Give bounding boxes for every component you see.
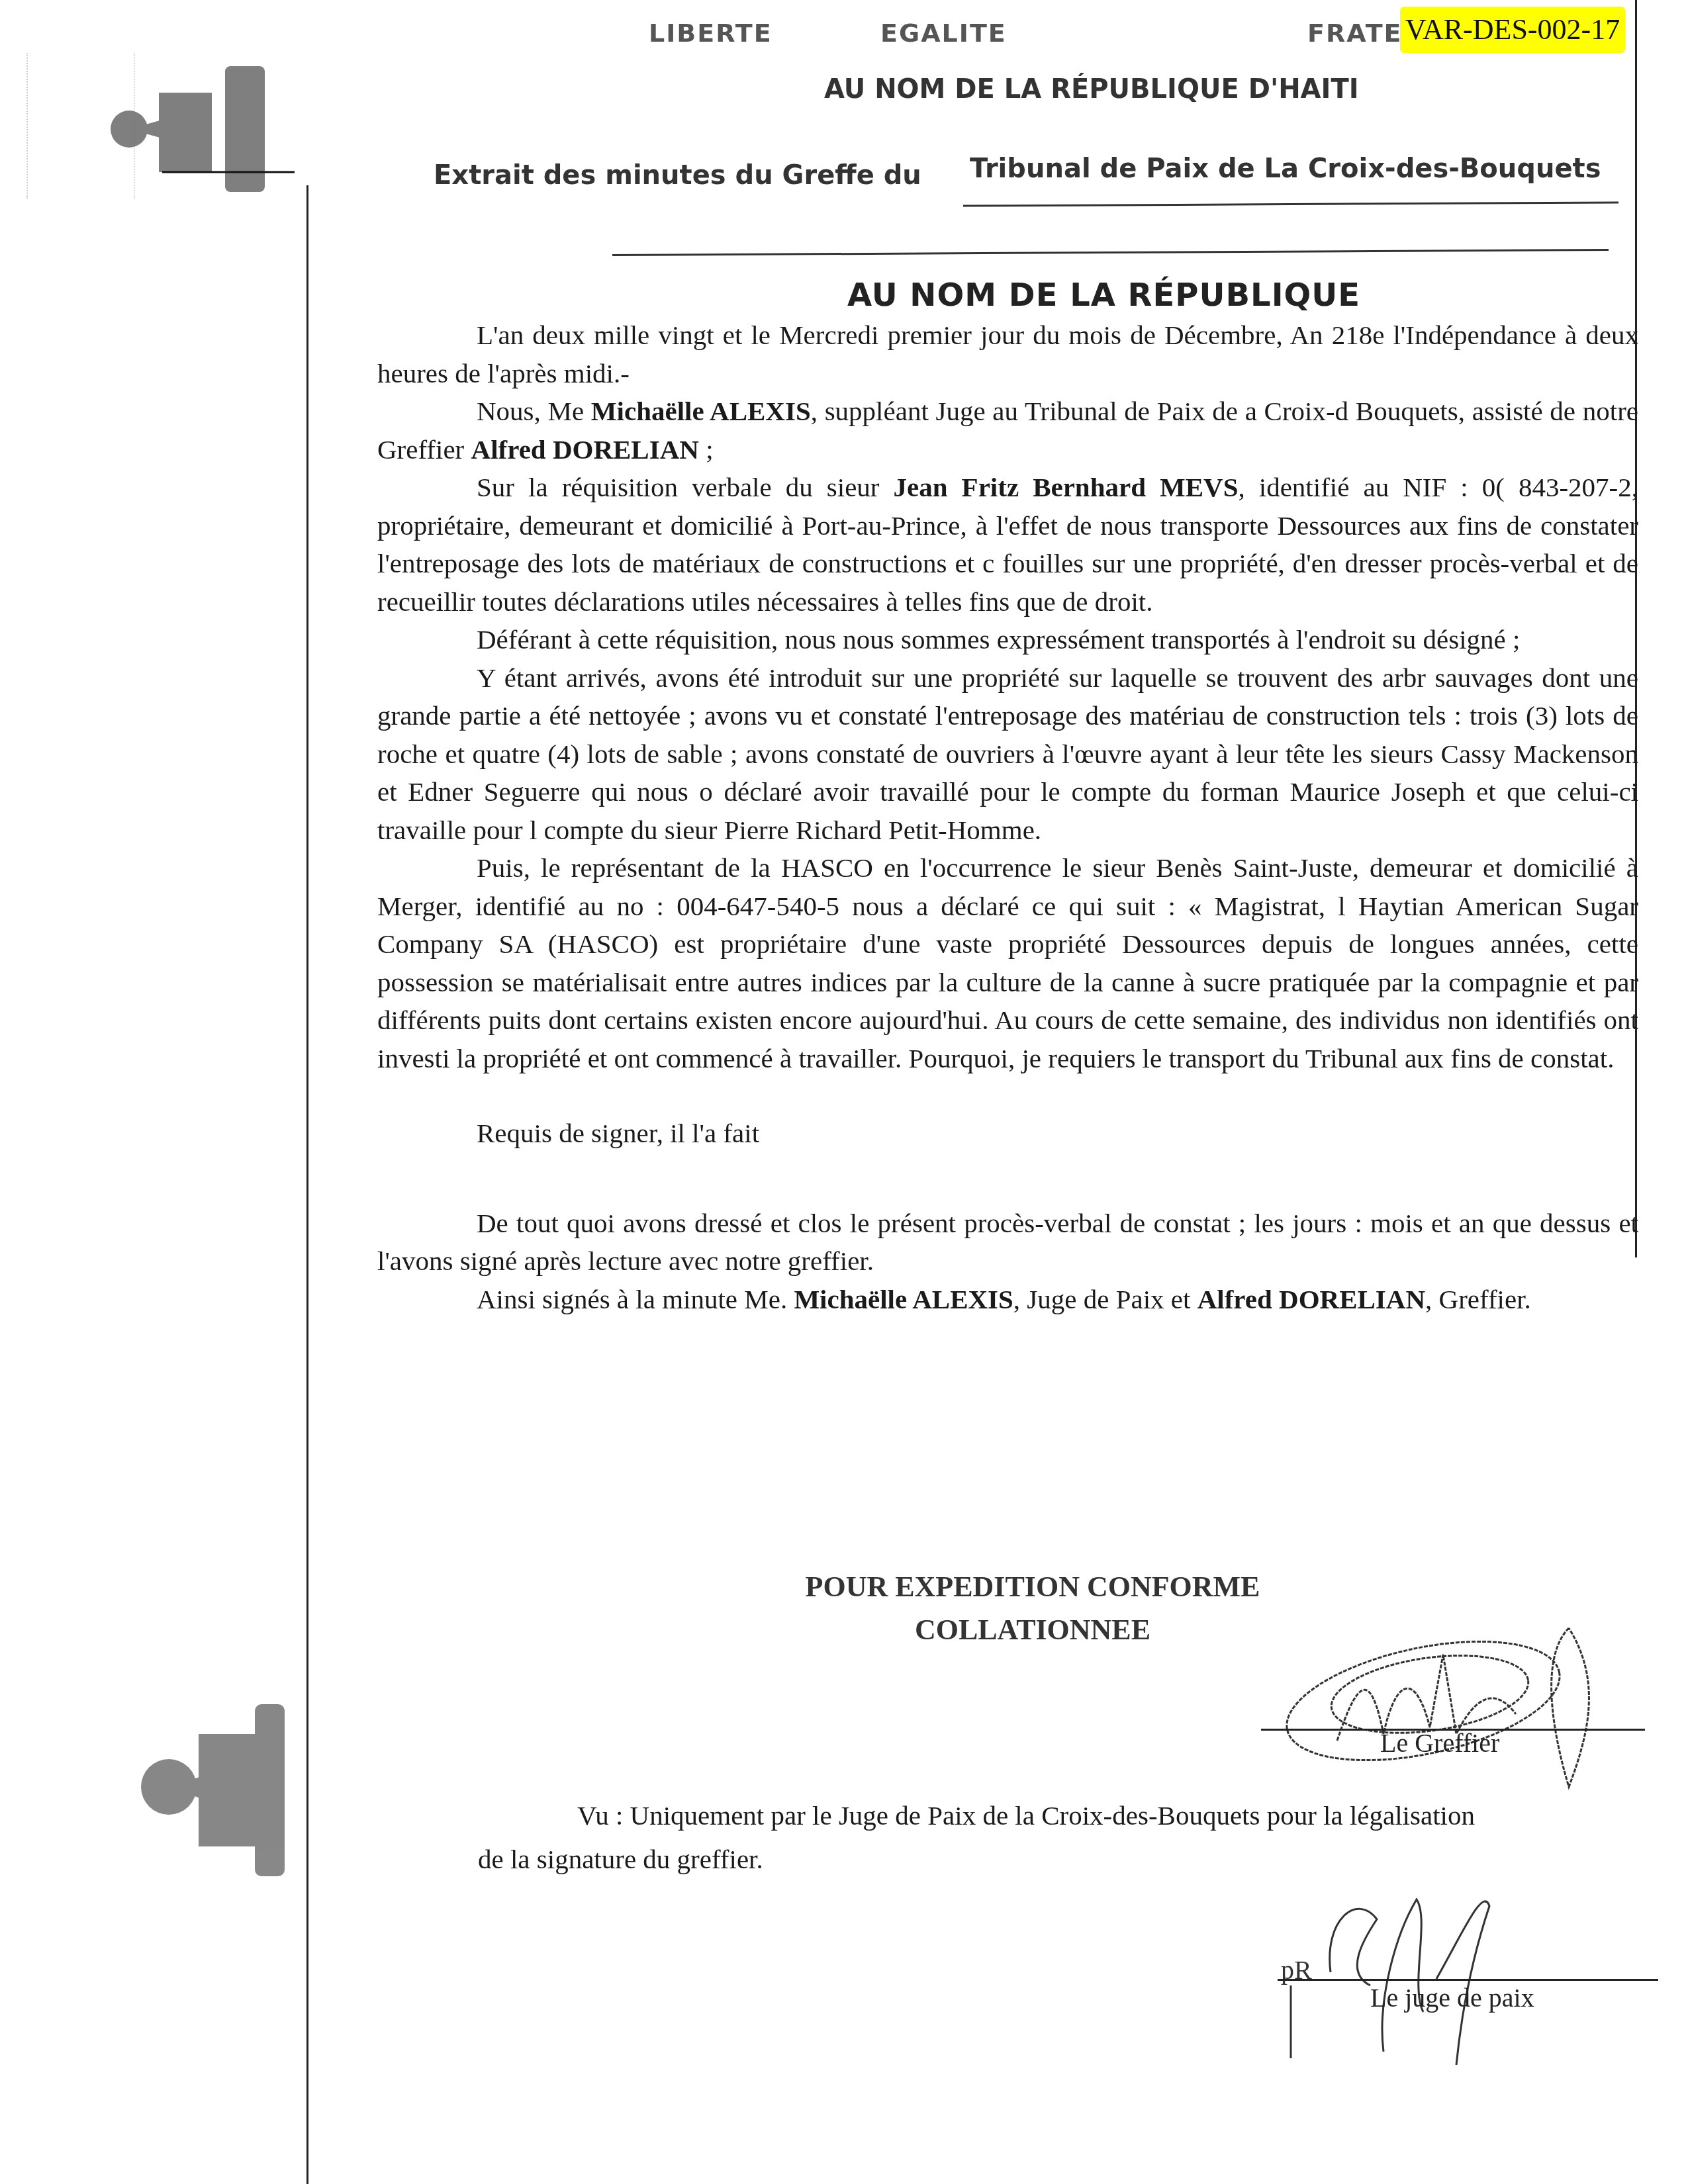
paragraph-signed: Ainsi signés à la minute Me. Michaëlle A… [377,1281,1638,1319]
text: Sur la réquisition verbale du sieur [477,472,894,502]
extrait-label: Extrait des minutes du Greffe du [434,160,921,191]
haiti-coat-of-arms-icon [99,53,298,205]
juge-label: Le juge de paix [1370,1982,1534,2013]
legalisation-block: Vu : Uniquement par le Juge de Paix de l… [478,1794,1688,1881]
text: , Greffier. [1425,1284,1531,1314]
header-divider [612,249,1609,256]
republic-heading: AU NOM DE LA RÉPUBLIQUE D'HAITI [824,74,1359,105]
certification-line-1: POUR EXPEDITION CONFORME [774,1565,1291,1608]
paragraph-transport: Déférant à cette réquisition, nous nous … [377,621,1638,659]
greffier-label: Le Greffier [1380,1727,1499,1758]
text: Ainsi signés à la minute Me. [477,1284,794,1314]
paragraph-date: L'an deux mille vingt et le Mercredi pre… [377,316,1638,392]
clerk-name: Alfred DORELIAN [1197,1284,1425,1314]
legalisation-line-2: de la signature du greffier. [478,1837,1688,1881]
judge-name: Michaëlle ALEXIS [591,396,811,426]
tribunal-underline [963,201,1618,206]
haiti-coat-of-arms-icon [99,1688,311,1906]
paragraph-judge: Nous, Me Michaëlle ALEXIS, suppléant Jug… [377,392,1638,469]
document-title: AU NOM DE LA RÉPUBLIQUE [847,277,1360,314]
text: , Juge de Paix et [1013,1284,1197,1314]
juge-signature-line [1278,1979,1658,1981]
paragraph-requisition: Sur la réquisition verbale du sieur Jean… [377,469,1638,621]
document-page: LIBERTE EGALITE FRATERNITE VAR-DES-002-1… [0,0,1688,2184]
text: Nous, Me [477,396,591,426]
tribunal-name: Tribunal de Paix de La Croix-des-Bouquet… [970,154,1601,184]
certification-line-2: COLLATIONNEE [774,1608,1291,1651]
clerk-name: Alfred DORELIAN [471,434,699,465]
text: ; [699,434,714,465]
paragraph-signature-request: Requis de signer, il l'a fait [377,1115,1638,1153]
paragraph-findings: Y étant arrivés, avons été introduit sur… [377,659,1638,850]
greffier-signature-icon [1258,1602,1628,1800]
motto-egalite: EGALITE [880,19,1007,48]
judge-name: Michaëlle ALEXIS [794,1284,1013,1314]
certification-block: POUR EXPEDITION CONFORME COLLATIONNEE [774,1565,1291,1651]
document-body: L'an deux mille vingt et le Mercredi pre… [377,316,1638,1318]
legalisation-line-1: Vu : Uniquement par le Juge de Paix de l… [478,1794,1688,1837]
document-id-badge: VAR-DES-002-17 [1400,7,1625,53]
paragraph-closing: De tout quoi avons dressé et clos le pré… [377,1205,1638,1281]
paragraph-hasco-declaration: Puis, le représentant de la HASCO en l'o… [377,849,1638,1077]
requester-name: Jean Fritz Bernhard MEVS [894,472,1239,502]
motto-liberte: LIBERTE [649,19,773,48]
